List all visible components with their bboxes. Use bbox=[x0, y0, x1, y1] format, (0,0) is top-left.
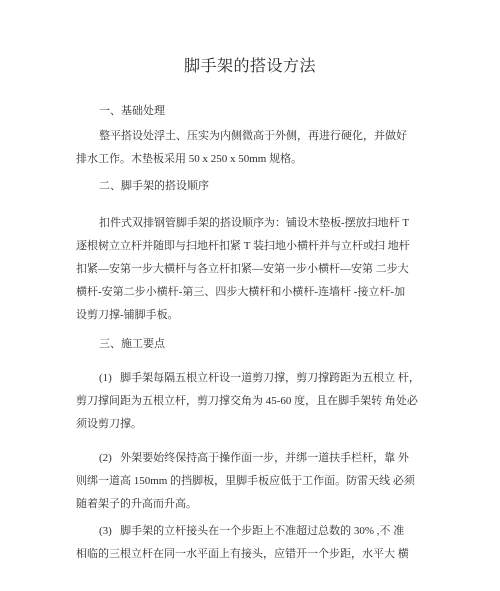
text-line: (2) 外架要始终保持高于操作面一步，并绑一道扶手栏杆，靠 外 bbox=[76, 447, 424, 470]
paragraph: 整平搭设处浮土、压实为内侧微高于外侧，再进行硬化，并做好排水工作。木垫板采用 5… bbox=[76, 125, 424, 171]
document-body: 脚手架的搭设方法 一、基础处理整平搭设处浮土、压实为内侧微高于外侧，再进行硬化，… bbox=[76, 0, 424, 566]
document-page: 脚手架的搭设方法 一、基础处理整平搭设处浮土、压实为内侧微高于外侧，再进行硬化，… bbox=[0, 0, 500, 591]
text-line: 扣件式双排钢管脚手架的搭设顺序为：铺设木垫板-摆放扫地杆 T bbox=[76, 212, 424, 235]
section-heading: 一、基础处理 bbox=[76, 100, 424, 123]
text-line: 则绑一道高 150mm 的挡脚板，里脚手板应低于工作面。防雷天线 必须 bbox=[76, 470, 424, 493]
text-line: 扣紧—安第一步大横杆与各立杆扣紧—安第一步小横杆—安第 二步大 bbox=[76, 258, 424, 281]
section-heading: 三、施工要点 bbox=[76, 333, 424, 356]
paragraph: 扣件式双排钢管脚手架的搭设顺序为：铺设木垫板-摆放扫地杆 T逐根树立立杆并随即与… bbox=[76, 212, 424, 327]
text-line: 设剪刀撑-铺脚手板。 bbox=[76, 304, 424, 327]
text-line: 横杆-安第二步小横杆-第三、四步大横杆和小横杆-连墙杆 -接立杆-加 bbox=[76, 281, 424, 304]
document-blocks: 一、基础处理整平搭设处浮土、压实为内侧微高于外侧，再进行硬化，并做好排水工作。木… bbox=[76, 100, 424, 566]
text-line: 排水工作。木垫板采用 50 x 250 x 50mm 规格。 bbox=[76, 148, 424, 171]
text-line: 相临的三根立杆在同一水平面上有接头，应错开一个步距，水平大 横 bbox=[76, 543, 424, 566]
text-line: 剪刀撑间距为五根立杆，剪刀撑交角为 45-60 度，且在脚手架转 角处必 bbox=[76, 390, 424, 413]
text-line: (3) 脚手架的立杆接头在一个步距上不准超过总数的 30% ,不 准 bbox=[76, 520, 424, 543]
paragraph: (2) 外架要始终保持高于操作面一步，并绑一道扶手栏杆，靠 外则绑一道高 150… bbox=[76, 447, 424, 516]
text-line: 须设剪刀撑。 bbox=[76, 413, 424, 436]
text-line: 随着架子的升高而升高。 bbox=[76, 493, 424, 516]
text-line: 整平搭设处浮土、压实为内侧微高于外侧，再进行硬化，并做好 bbox=[76, 125, 424, 148]
paragraph: (3) 脚手架的立杆接头在一个步距上不准超过总数的 30% ,不 准相临的三根立… bbox=[76, 520, 424, 566]
text-line: (1) 脚手架每隔五根立杆设一道剪刀撑，剪刀撑跨距为五根立 杆， bbox=[76, 367, 424, 390]
document-title: 脚手架的搭设方法 bbox=[76, 55, 424, 79]
paragraph: (1) 脚手架每隔五根立杆设一道剪刀撑，剪刀撑跨距为五根立 杆，剪刀撑间距为五根… bbox=[76, 367, 424, 436]
text-line: 逐根树立立杆并随即与扫地杆扣紧 T 装扫地小横杆并与立杆或扫 地杆 bbox=[76, 235, 424, 258]
text-line: 二、脚手架的搭设顺序 bbox=[76, 175, 424, 198]
text-line: 三、施工要点 bbox=[76, 333, 424, 356]
text-line: 一、基础处理 bbox=[76, 100, 424, 123]
section-heading: 二、脚手架的搭设顺序 bbox=[76, 175, 424, 198]
